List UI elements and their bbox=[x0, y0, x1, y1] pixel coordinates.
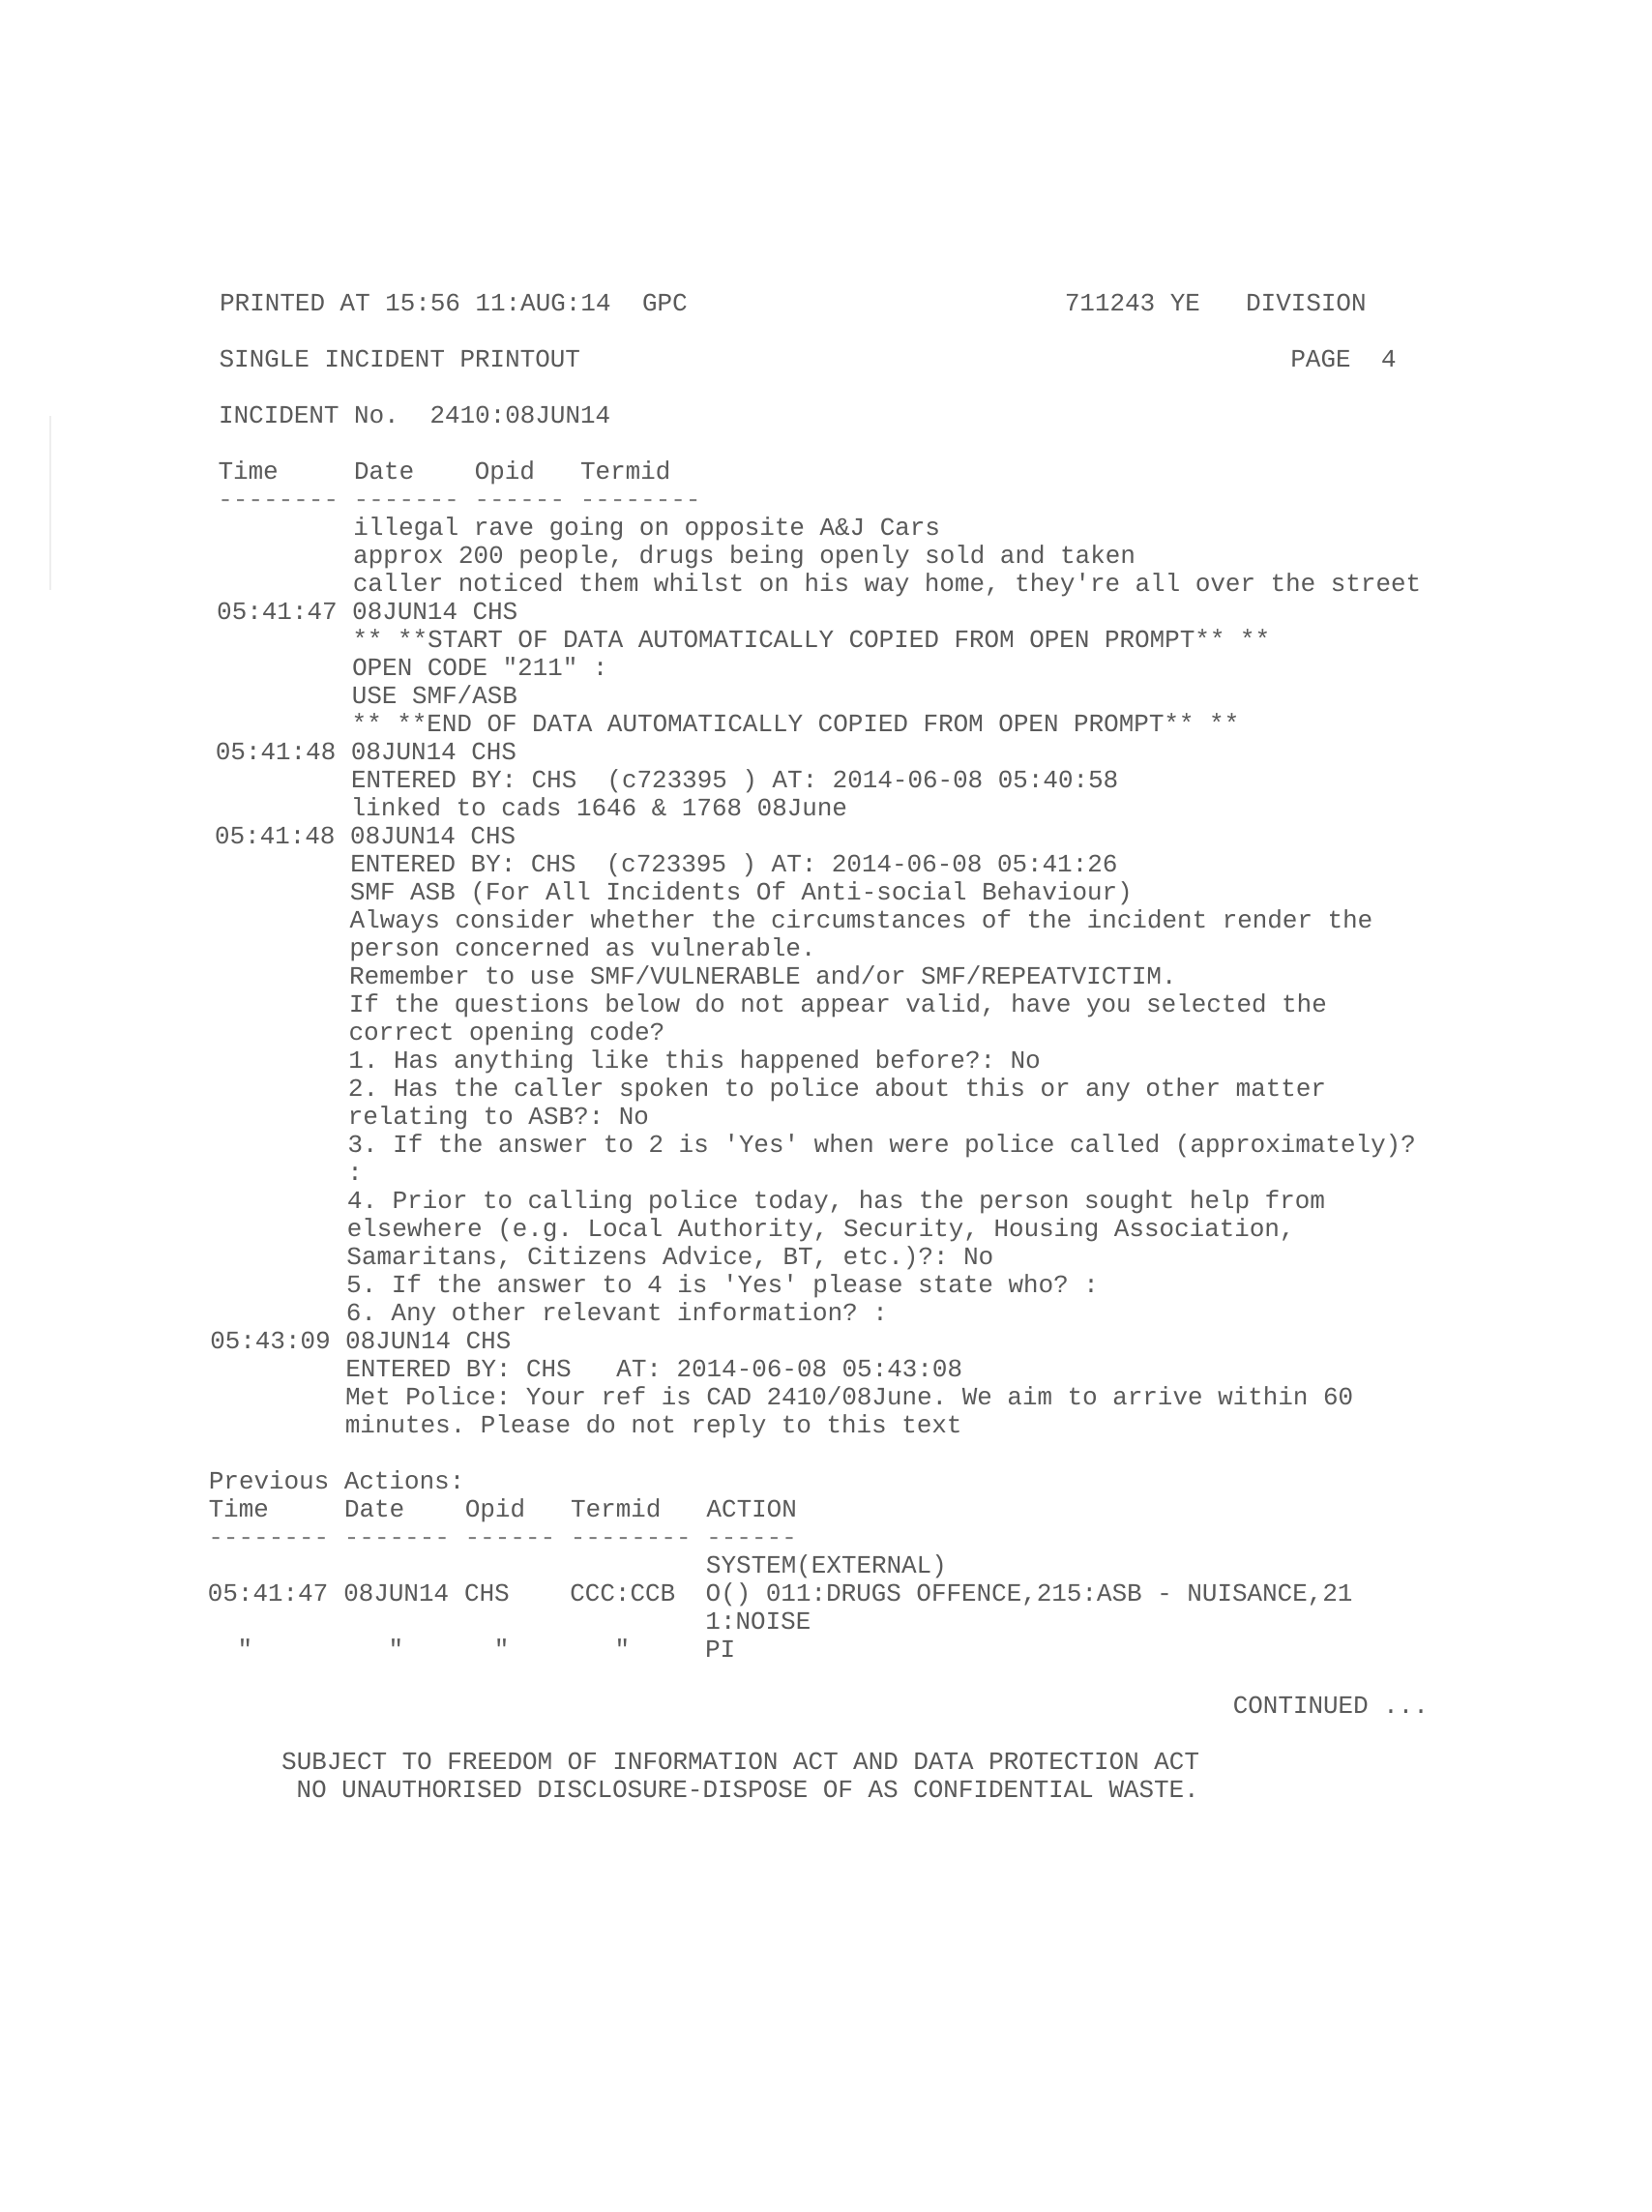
continued-label: CONTINUED ... bbox=[1232, 1693, 1428, 1721]
division-label: DIVISION bbox=[1246, 290, 1367, 318]
page-label: PAGE bbox=[1290, 346, 1350, 374]
log-line: Met Police: Your ref is CAD 2410/08June.… bbox=[209, 1384, 1563, 1412]
log-line: ** **START OF DATA AUTOMATICALLY COPIED … bbox=[217, 627, 1571, 655]
printed-at: PRINTED AT 15:56 11:AUG:14 bbox=[220, 290, 611, 318]
log-line: SMF ASB (For All Incidents Of Anti-socia… bbox=[214, 879, 1568, 907]
log-text: caller noticed them whilst on his way ho… bbox=[353, 571, 1422, 599]
log-text: Met Police: Your ref is CAD 2410/08June.… bbox=[345, 1384, 1353, 1412]
ditto-mark: " bbox=[614, 1637, 630, 1665]
ditto-mark: " bbox=[388, 1637, 403, 1665]
divider: ------ bbox=[464, 1524, 555, 1552]
action-row: 1:NOISE bbox=[207, 1608, 1561, 1637]
log-line: correct opening code? bbox=[213, 1019, 1567, 1047]
log-line: 3. If the answer to 2 is 'Yes' when were… bbox=[212, 1132, 1566, 1160]
log-text: relating to ASB?: No bbox=[348, 1104, 649, 1132]
action-text: PI bbox=[705, 1637, 735, 1665]
log-text: Always consider whether the circumstance… bbox=[349, 907, 1372, 935]
incident-number: 2410:08JUN14 bbox=[429, 402, 610, 430]
col-action: ACTION bbox=[706, 1496, 797, 1524]
log-line: If the questions below do not appear val… bbox=[213, 991, 1567, 1019]
action-text: SYSTEM(EXTERNAL) bbox=[706, 1552, 947, 1580]
actions-column-headers: Time Date Opid Termid ACTION bbox=[208, 1496, 1562, 1524]
log-line: approx 200 people, drugs being openly so… bbox=[218, 543, 1572, 571]
footer-line: NO UNAUTHORISED DISCLOSURE-DISPOSE OF AS… bbox=[206, 1777, 1560, 1805]
log-line: ENTERED BY: CHS (c723395 ) AT: 2014-06-0… bbox=[215, 851, 1569, 879]
log-line: Always consider whether the circumstance… bbox=[214, 907, 1568, 935]
log-line: elsewhere (e.g. Local Authority, Securit… bbox=[211, 1216, 1565, 1244]
log-column-headers: Time Date Opid Termid bbox=[218, 458, 1572, 487]
divider: -------- bbox=[580, 487, 701, 515]
log-text: ENTERED BY: CHS AT: 2014-06-08 05:43:08 bbox=[345, 1356, 962, 1384]
log-text: correct opening code? bbox=[348, 1019, 664, 1047]
log-text: 6. Any other relevant information? : bbox=[346, 1300, 888, 1328]
log-text: SMF ASB (For All Incidents Of Anti-socia… bbox=[350, 879, 1133, 907]
col-date: Date bbox=[344, 1496, 404, 1524]
col-termid: Termid bbox=[571, 1496, 662, 1524]
log-text: ENTERED BY: CHS (c723395 ) AT: 2014-06-0… bbox=[351, 767, 1118, 795]
log-line: ENTERED BY: CHS (c723395 ) AT: 2014-06-0… bbox=[215, 767, 1569, 795]
log-line: relating to ASB?: No bbox=[212, 1104, 1566, 1132]
log-entry-stamp: 05:41:47 08JUN14 CHS bbox=[217, 599, 1571, 627]
print-header-row: PRINTED AT 15:56 11:AUG:14 GPC 711243 YE… bbox=[220, 290, 1574, 318]
col-date: Date bbox=[354, 458, 414, 487]
log-text: : bbox=[347, 1160, 363, 1188]
previous-actions-title: Previous Actions: bbox=[209, 1468, 1563, 1496]
log-line: illegal rave going on opposite A&J Cars bbox=[218, 515, 1572, 543]
log-text: ENTERED BY: CHS (c723395 ) AT: 2014-06-0… bbox=[350, 851, 1117, 879]
log-text: 3. If the answer to 2 is 'Yes' when were… bbox=[347, 1132, 1416, 1160]
log-header-divider: -------- ------- ------ -------- bbox=[218, 487, 1572, 515]
action-termid: CCC:CCB bbox=[570, 1580, 675, 1608]
document-title: SINGLE INCIDENT PRINTOUT bbox=[219, 346, 580, 374]
log-text: person concerned as vulnerable. bbox=[349, 935, 815, 963]
log-text: USE SMF/ASB bbox=[352, 683, 517, 711]
log-entry-stamp: 05:43:09 08JUN14 CHS bbox=[210, 1328, 1564, 1356]
actions-header-divider: -------- ------- ------ -------- ------ bbox=[208, 1524, 1562, 1552]
ditto-mark: " bbox=[237, 1637, 252, 1665]
title-row: SINGLE INCIDENT PRINTOUT PAGE 4 bbox=[219, 346, 1573, 374]
foi-notice: SUBJECT TO FREEDOM OF INFORMATION ACT AN… bbox=[281, 1749, 1199, 1777]
col-termid: Termid bbox=[580, 458, 671, 487]
log-text: 4. Prior to calling police today, has th… bbox=[347, 1188, 1325, 1216]
log-text: Samaritans, Citizens Advice, BT, etc.)?:… bbox=[346, 1244, 993, 1272]
log-line: 5. If the answer to 4 is 'Yes' please st… bbox=[211, 1272, 1565, 1300]
log-text: approx 200 people, drugs being openly so… bbox=[353, 543, 1136, 571]
ditto-mark: " bbox=[493, 1637, 509, 1665]
divider: ------- bbox=[353, 487, 458, 515]
log-line: USE SMF/ASB bbox=[216, 683, 1570, 711]
incident-label: INCIDENT No. bbox=[219, 402, 399, 430]
continued-row: CONTINUED ... bbox=[207, 1693, 1561, 1721]
action-row: 05:41:47 08JUN14 CHS CCC:CCB O() 011:DRU… bbox=[208, 1580, 1562, 1608]
log-line: 6. Any other relevant information? : bbox=[210, 1300, 1564, 1328]
log-line: 1. Has anything like this happened befor… bbox=[213, 1047, 1567, 1076]
section-title: Previous Actions: bbox=[209, 1468, 465, 1496]
log-text: elsewhere (e.g. Local Authority, Securit… bbox=[347, 1216, 1295, 1244]
log-line: ENTERED BY: CHS AT: 2014-06-08 05:43:08 bbox=[210, 1356, 1564, 1384]
log-line: 4. Prior to calling police today, has th… bbox=[211, 1188, 1565, 1216]
log-line: minutes. Please do not reply to this tex… bbox=[209, 1412, 1563, 1440]
log-line: caller noticed them whilst on his way ho… bbox=[217, 571, 1571, 599]
log-text: illegal rave going on opposite A&J Cars bbox=[353, 515, 940, 543]
divider: -------- bbox=[571, 1524, 692, 1552]
divider: ------ bbox=[706, 1524, 797, 1552]
log-line: : bbox=[212, 1160, 1566, 1188]
col-opid: Opid bbox=[475, 458, 535, 487]
col-opid: Opid bbox=[465, 1496, 525, 1524]
printed-by: GPC bbox=[642, 290, 688, 318]
entry-timestamp: 05:43:09 08JUN14 CHS bbox=[210, 1328, 511, 1356]
scan-margin-mark bbox=[49, 416, 51, 590]
log-line: OPEN CODE "211" : bbox=[216, 655, 1570, 683]
entry-timestamp: 05:41:47 08JUN14 CHS bbox=[217, 599, 517, 627]
log-line: person concerned as vulnerable. bbox=[214, 935, 1568, 963]
divider: -------- bbox=[218, 487, 339, 515]
log-entry-stamp: 05:41:48 08JUN14 CHS bbox=[216, 739, 1570, 767]
log-line: Samaritans, Citizens Advice, BT, etc.)?:… bbox=[211, 1244, 1565, 1272]
entry-timestamp: 05:41:48 08JUN14 CHS bbox=[216, 739, 516, 767]
action-opid: CHS bbox=[464, 1580, 510, 1608]
action-text: O() 011:DRUGS OFFENCE,215:ASB - NUISANCE… bbox=[705, 1580, 1352, 1608]
log-text: 1. Has anything like this happened befor… bbox=[348, 1047, 1041, 1076]
log-line: Remember to use SMF/VULNERABLE and/or SM… bbox=[213, 963, 1567, 991]
footer-line: SUBJECT TO FREEDOM OF INFORMATION ACT AN… bbox=[206, 1749, 1560, 1777]
log-entry-stamp: 05:41:48 08JUN14 CHS bbox=[215, 823, 1569, 851]
divider: ------ bbox=[474, 487, 565, 515]
col-time: Time bbox=[208, 1496, 268, 1524]
divider: -------- bbox=[208, 1524, 329, 1552]
log-text: If the questions below do not appear val… bbox=[349, 991, 1327, 1019]
divider: ------- bbox=[344, 1524, 450, 1552]
log-line: linked to cads 1646 & 1768 08June bbox=[215, 795, 1569, 823]
log-text: minutes. Please do not reply to this tex… bbox=[345, 1412, 962, 1440]
action-date: 08JUN14 bbox=[343, 1580, 449, 1608]
log-text: 2. Has the caller spoken to police about… bbox=[348, 1076, 1326, 1104]
log-text: ** **END OF DATA AUTOMATICALLY COPIED FR… bbox=[351, 711, 1239, 739]
page-number: 4 bbox=[1381, 346, 1397, 374]
entry-timestamp: 05:41:48 08JUN14 CHS bbox=[215, 823, 516, 851]
action-row: " " " " PI bbox=[207, 1637, 1561, 1665]
action-time: 05:41:47 bbox=[208, 1580, 329, 1608]
log-text: ** **START OF DATA AUTOMATICALLY COPIED … bbox=[352, 627, 1270, 655]
disclosure-notice: NO UNAUTHORISED DISCLOSURE-DISPOSE OF AS… bbox=[296, 1777, 1198, 1805]
action-text: 1:NOISE bbox=[705, 1608, 811, 1637]
action-row: SYSTEM(EXTERNAL) bbox=[208, 1552, 1562, 1580]
log-line: ** **END OF DATA AUTOMATICALLY COPIED FR… bbox=[216, 711, 1570, 739]
incident-row: INCIDENT No. 2410:08JUN14 bbox=[219, 402, 1573, 430]
user-id: 711243 YE bbox=[1065, 290, 1200, 318]
log-text: linked to cads 1646 & 1768 08June bbox=[351, 795, 848, 823]
log-text: 5. If the answer to 4 is 'Yes' please st… bbox=[346, 1272, 1099, 1300]
log-text: Remember to use SMF/VULNERABLE and/or SM… bbox=[349, 963, 1177, 991]
log-line: 2. Has the caller spoken to police about… bbox=[212, 1076, 1566, 1104]
log-text: OPEN CODE "211" : bbox=[352, 655, 608, 683]
col-time: Time bbox=[218, 458, 278, 487]
